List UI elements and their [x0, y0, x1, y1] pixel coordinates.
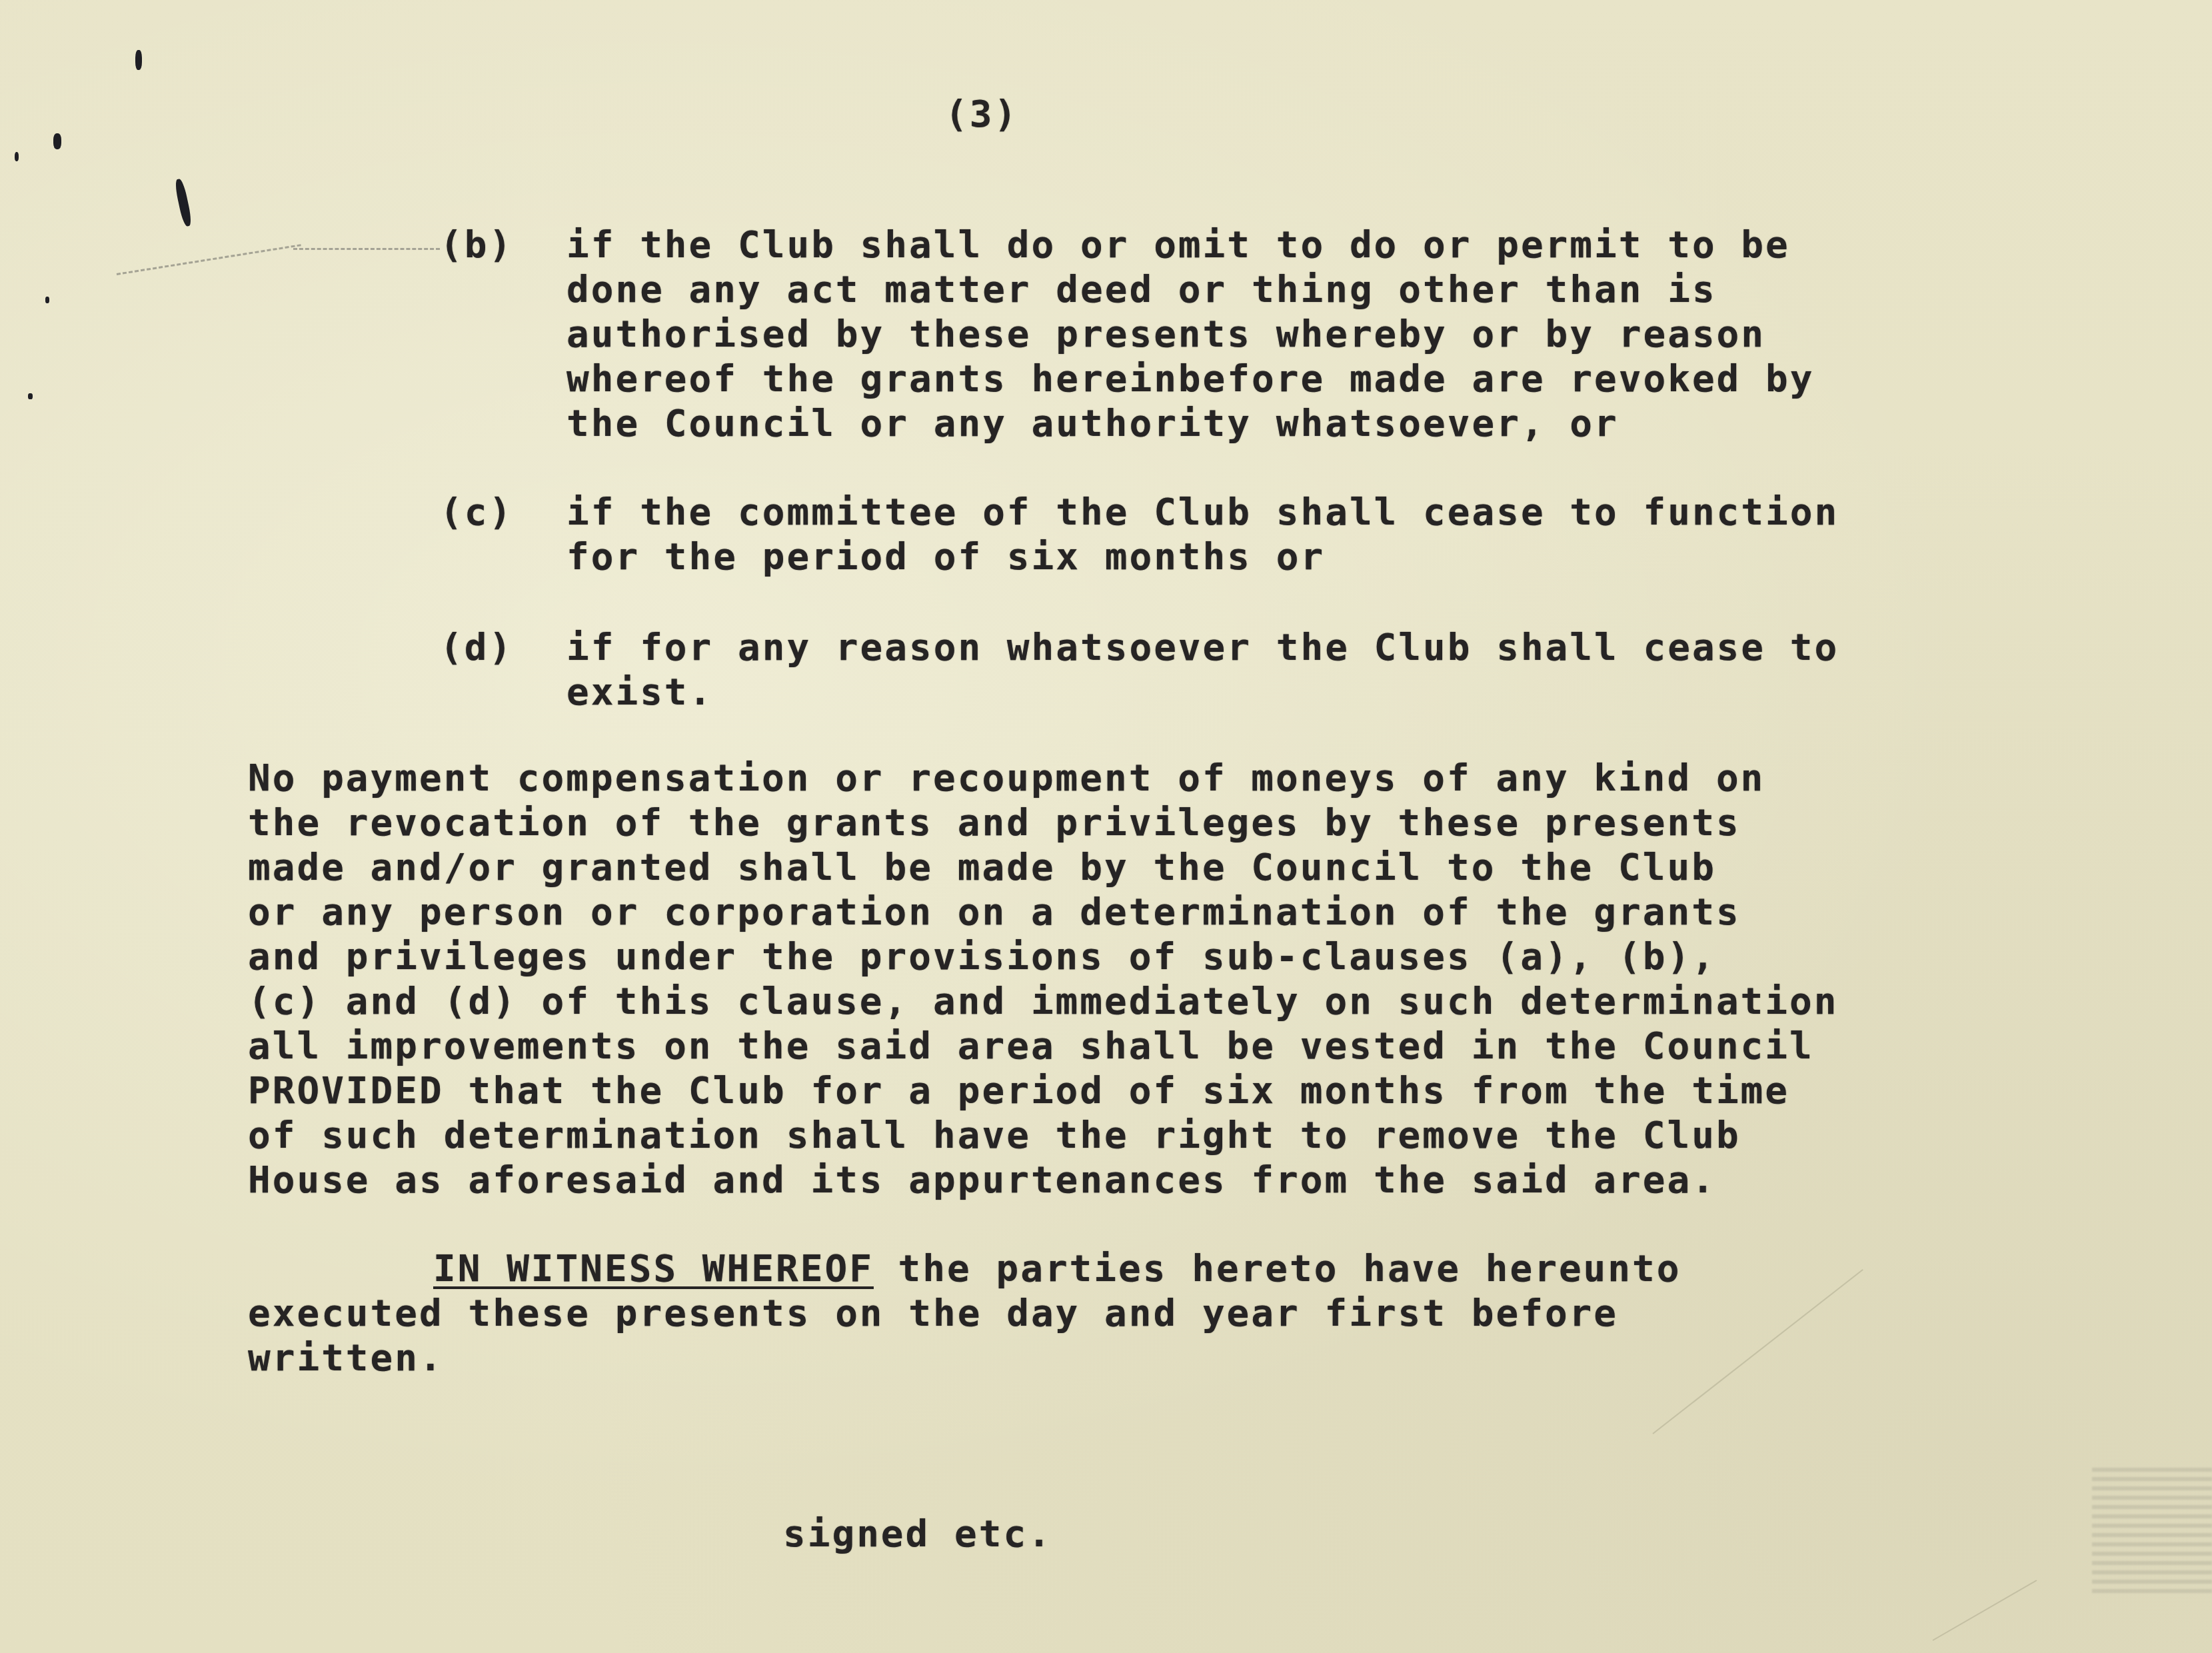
paragraph-line: PROVIDED that the Club for a period of s…	[248, 1068, 1789, 1113]
paragraph-line: all improvements on the said area shall …	[248, 1024, 1814, 1068]
witness-line: written.	[248, 1336, 444, 1380]
in-witness-whereof-heading: IN WITNESS WHEREOF	[433, 1247, 874, 1290]
page-number: (3)	[945, 92, 1018, 137]
ink-mark	[45, 297, 49, 303]
paragraph-line: of such determination shall have the rig…	[248, 1113, 1741, 1158]
paragraph-line: or any person or corporation on a determ…	[248, 890, 1741, 934]
witness-line: IN WITNESS WHEREOF the parties hereto ha…	[433, 1246, 1681, 1291]
ink-mark	[28, 393, 33, 399]
ink-mark	[15, 152, 19, 161]
witness-text: the parties hereto have hereunto	[874, 1247, 1681, 1290]
clause-label: (b)	[440, 223, 513, 267]
paragraph-line: House as aforesaid and its appurtenances…	[248, 1158, 1716, 1202]
witness-line: executed these presents on the day and y…	[248, 1291, 1618, 1336]
clause-line: if for any reason whatsoever the Club sh…	[566, 625, 1839, 670]
clause-line: authorised by these presents whereby or …	[566, 312, 1765, 357]
bleed-through-smudge	[2092, 1466, 2212, 1593]
ink-mark	[53, 133, 61, 149]
clause-line: whereof the grants hereinbefore made are…	[566, 357, 1814, 401]
paragraph-line: (c) and (d) of this clause, and immediat…	[248, 979, 1838, 1024]
paragraph-line: the revocation of the grants and privile…	[248, 801, 1741, 845]
signature-line: signed etc.	[783, 1512, 1052, 1556]
clause-line: the Council or any authority whatsoever,…	[566, 401, 1619, 446]
clause-line: for the period of six months or	[566, 535, 1325, 579]
paragraph-line: made and/or granted shall be made by the…	[248, 845, 1716, 890]
clause-line: if the Club shall do or omit to do or pe…	[566, 223, 1790, 267]
clause-line: done any act matter deed or thing other …	[566, 267, 1717, 312]
pencil-line	[293, 248, 440, 250]
paragraph-line: and privileges under the provisions of s…	[248, 934, 1716, 979]
ink-mark	[135, 50, 142, 70]
clause-label: (c)	[440, 490, 513, 535]
clause-line: if the committee of the Club shall cease…	[566, 490, 1839, 535]
paragraph-line: No payment compensation or recoupment of…	[248, 756, 1765, 801]
clause-line: exist.	[566, 670, 713, 715]
clause-label: (d)	[440, 625, 513, 670]
